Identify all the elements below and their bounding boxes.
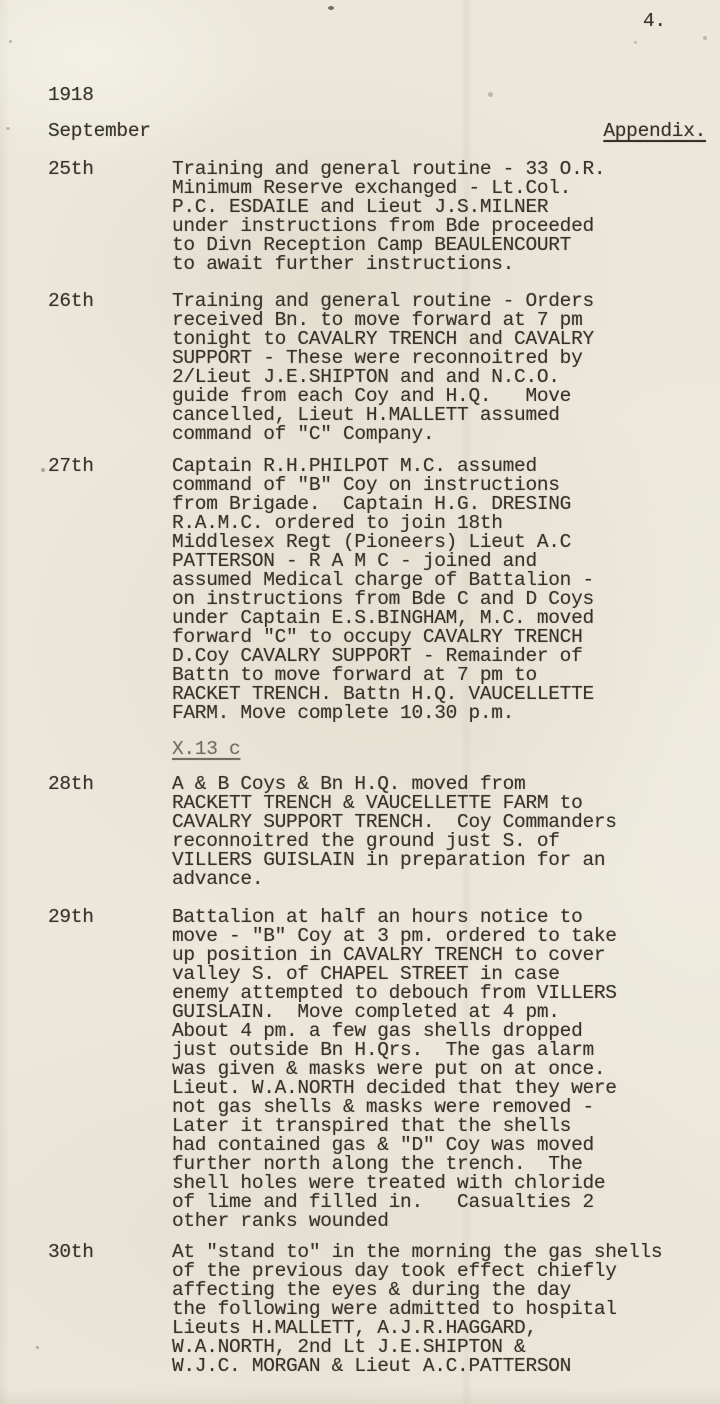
- diary-entry: 27th Captain R.H.PHILPOT M.C. assumed co…: [48, 457, 706, 723]
- diary-entry: 28th A & B Coys & Bn H.Q. moved from RAC…: [48, 775, 706, 889]
- month-row: September Appendix.: [48, 122, 706, 141]
- section-reference-row: X.13 c: [48, 740, 706, 759]
- entry-date: 28th: [48, 775, 172, 794]
- entry-date: 25th: [48, 160, 172, 179]
- paper-speck: [36, 1346, 39, 1349]
- entry-text: Battalion at half an hours notice to mov…: [172, 908, 706, 1231]
- paper-speck: [6, 127, 10, 130]
- entry-text: Captain R.H.PHILPOT M.C. assumed command…: [172, 457, 706, 723]
- appendix-heading: Appendix.: [603, 122, 706, 141]
- diary-entries: 25th Training and general routine - 33 O…: [48, 160, 706, 1376]
- paper-speck: [703, 36, 707, 40]
- month-heading: September: [48, 122, 151, 141]
- diary-entry: 30th At "stand to" in the morning the ga…: [48, 1243, 706, 1376]
- page-number: 4.: [643, 12, 666, 31]
- entry-date: 29th: [48, 908, 172, 927]
- entry-text: Training and general routine - Orders re…: [172, 292, 706, 444]
- section-reference: X.13 c: [172, 738, 240, 760]
- diary-entry: 29th Battalion at half an hours notice t…: [48, 908, 706, 1231]
- paper-speck: [41, 468, 45, 472]
- entry-text: A & B Coys & Bn H.Q. moved from RACKETT …: [172, 775, 706, 889]
- diary-entry: 25th Training and general routine - 33 O…: [48, 160, 706, 274]
- paper-speck: [634, 41, 637, 44]
- entry-text: At "stand to" in the morning the gas she…: [172, 1243, 706, 1376]
- diary-entry: 26th Training and general routine - Orde…: [48, 292, 706, 444]
- document-content: 1918 September Appendix. 25th Training a…: [0, 0, 720, 1376]
- entry-date: 30th: [48, 1243, 172, 1262]
- entry-date: 26th: [48, 292, 172, 311]
- year-heading: 1918: [48, 86, 706, 105]
- paper-speck: [328, 6, 334, 10]
- paper-speck: [488, 92, 493, 97]
- paper-speck: [9, 40, 12, 43]
- war-diary-page: 4. 1918 September Appendix. 25th Trainin…: [0, 0, 720, 1404]
- entry-date: 27th: [48, 457, 172, 476]
- entry-text: Training and general routine - 33 O.R. M…: [172, 160, 706, 274]
